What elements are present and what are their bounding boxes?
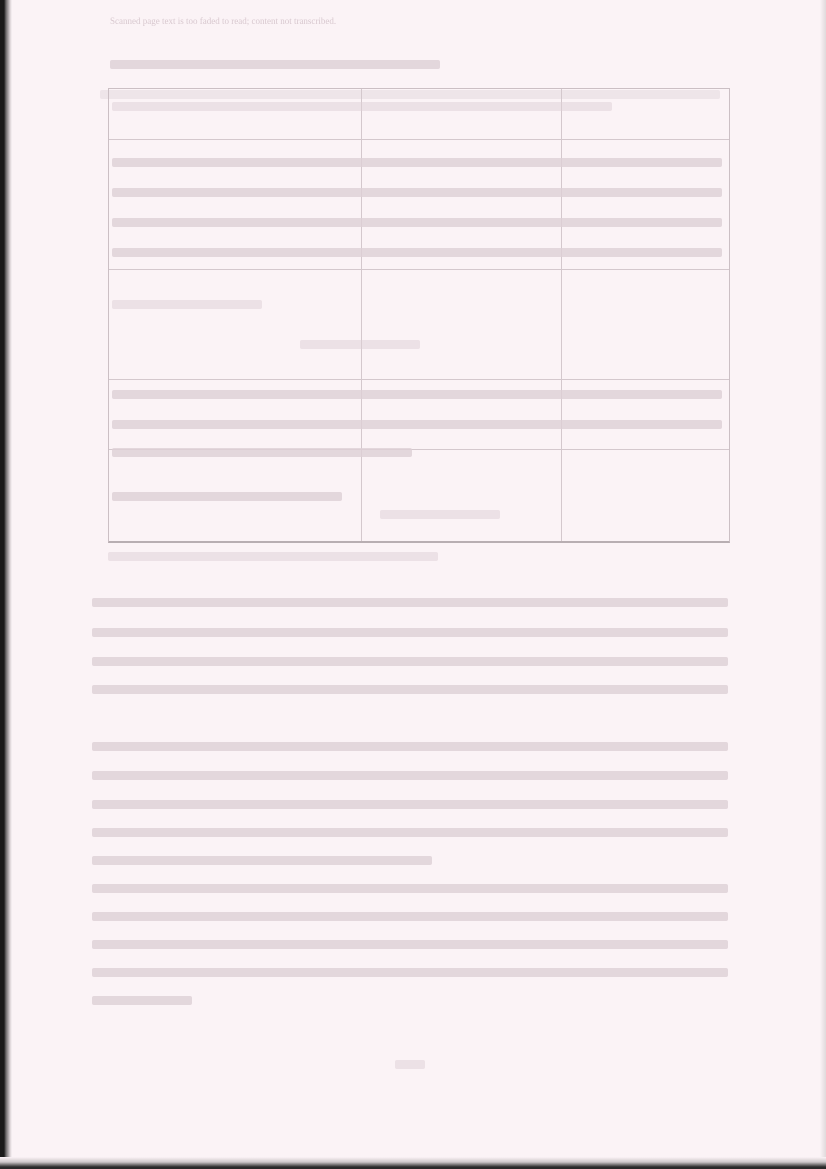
paragraph-line xyxy=(92,940,728,949)
table-row xyxy=(380,510,500,519)
table-row xyxy=(112,448,412,457)
scan-left-edge xyxy=(0,0,12,1169)
paragraph-line xyxy=(92,800,728,809)
table-row xyxy=(112,300,262,309)
paragraph-line xyxy=(92,685,728,694)
table-row xyxy=(112,390,722,399)
table-row xyxy=(112,218,722,227)
paragraph-line xyxy=(92,968,728,977)
legibility-note: Scanned page text is too faded to read; … xyxy=(110,16,336,26)
paragraph-line xyxy=(92,657,728,666)
table-row xyxy=(112,102,612,111)
paragraph-line xyxy=(92,771,728,780)
scan-bottom-edge xyxy=(0,1157,826,1169)
paragraph-line xyxy=(92,828,728,837)
page-number xyxy=(395,1060,425,1069)
table-row xyxy=(112,420,722,429)
data-table xyxy=(108,88,730,543)
table-row xyxy=(112,158,722,167)
paragraph-line xyxy=(92,856,432,865)
table-row xyxy=(112,248,722,257)
paragraph-line xyxy=(92,742,728,751)
paragraph-line xyxy=(92,912,728,921)
table-row xyxy=(112,492,342,501)
paragraph-line xyxy=(92,628,728,637)
paragraph-line xyxy=(92,996,192,1005)
scan-right-edge xyxy=(820,0,826,1169)
paragraph-line xyxy=(92,884,728,893)
table-caption xyxy=(108,552,438,561)
paragraph-line xyxy=(92,598,728,607)
table-row xyxy=(112,188,722,197)
heading xyxy=(110,60,440,69)
table-row xyxy=(300,340,420,349)
